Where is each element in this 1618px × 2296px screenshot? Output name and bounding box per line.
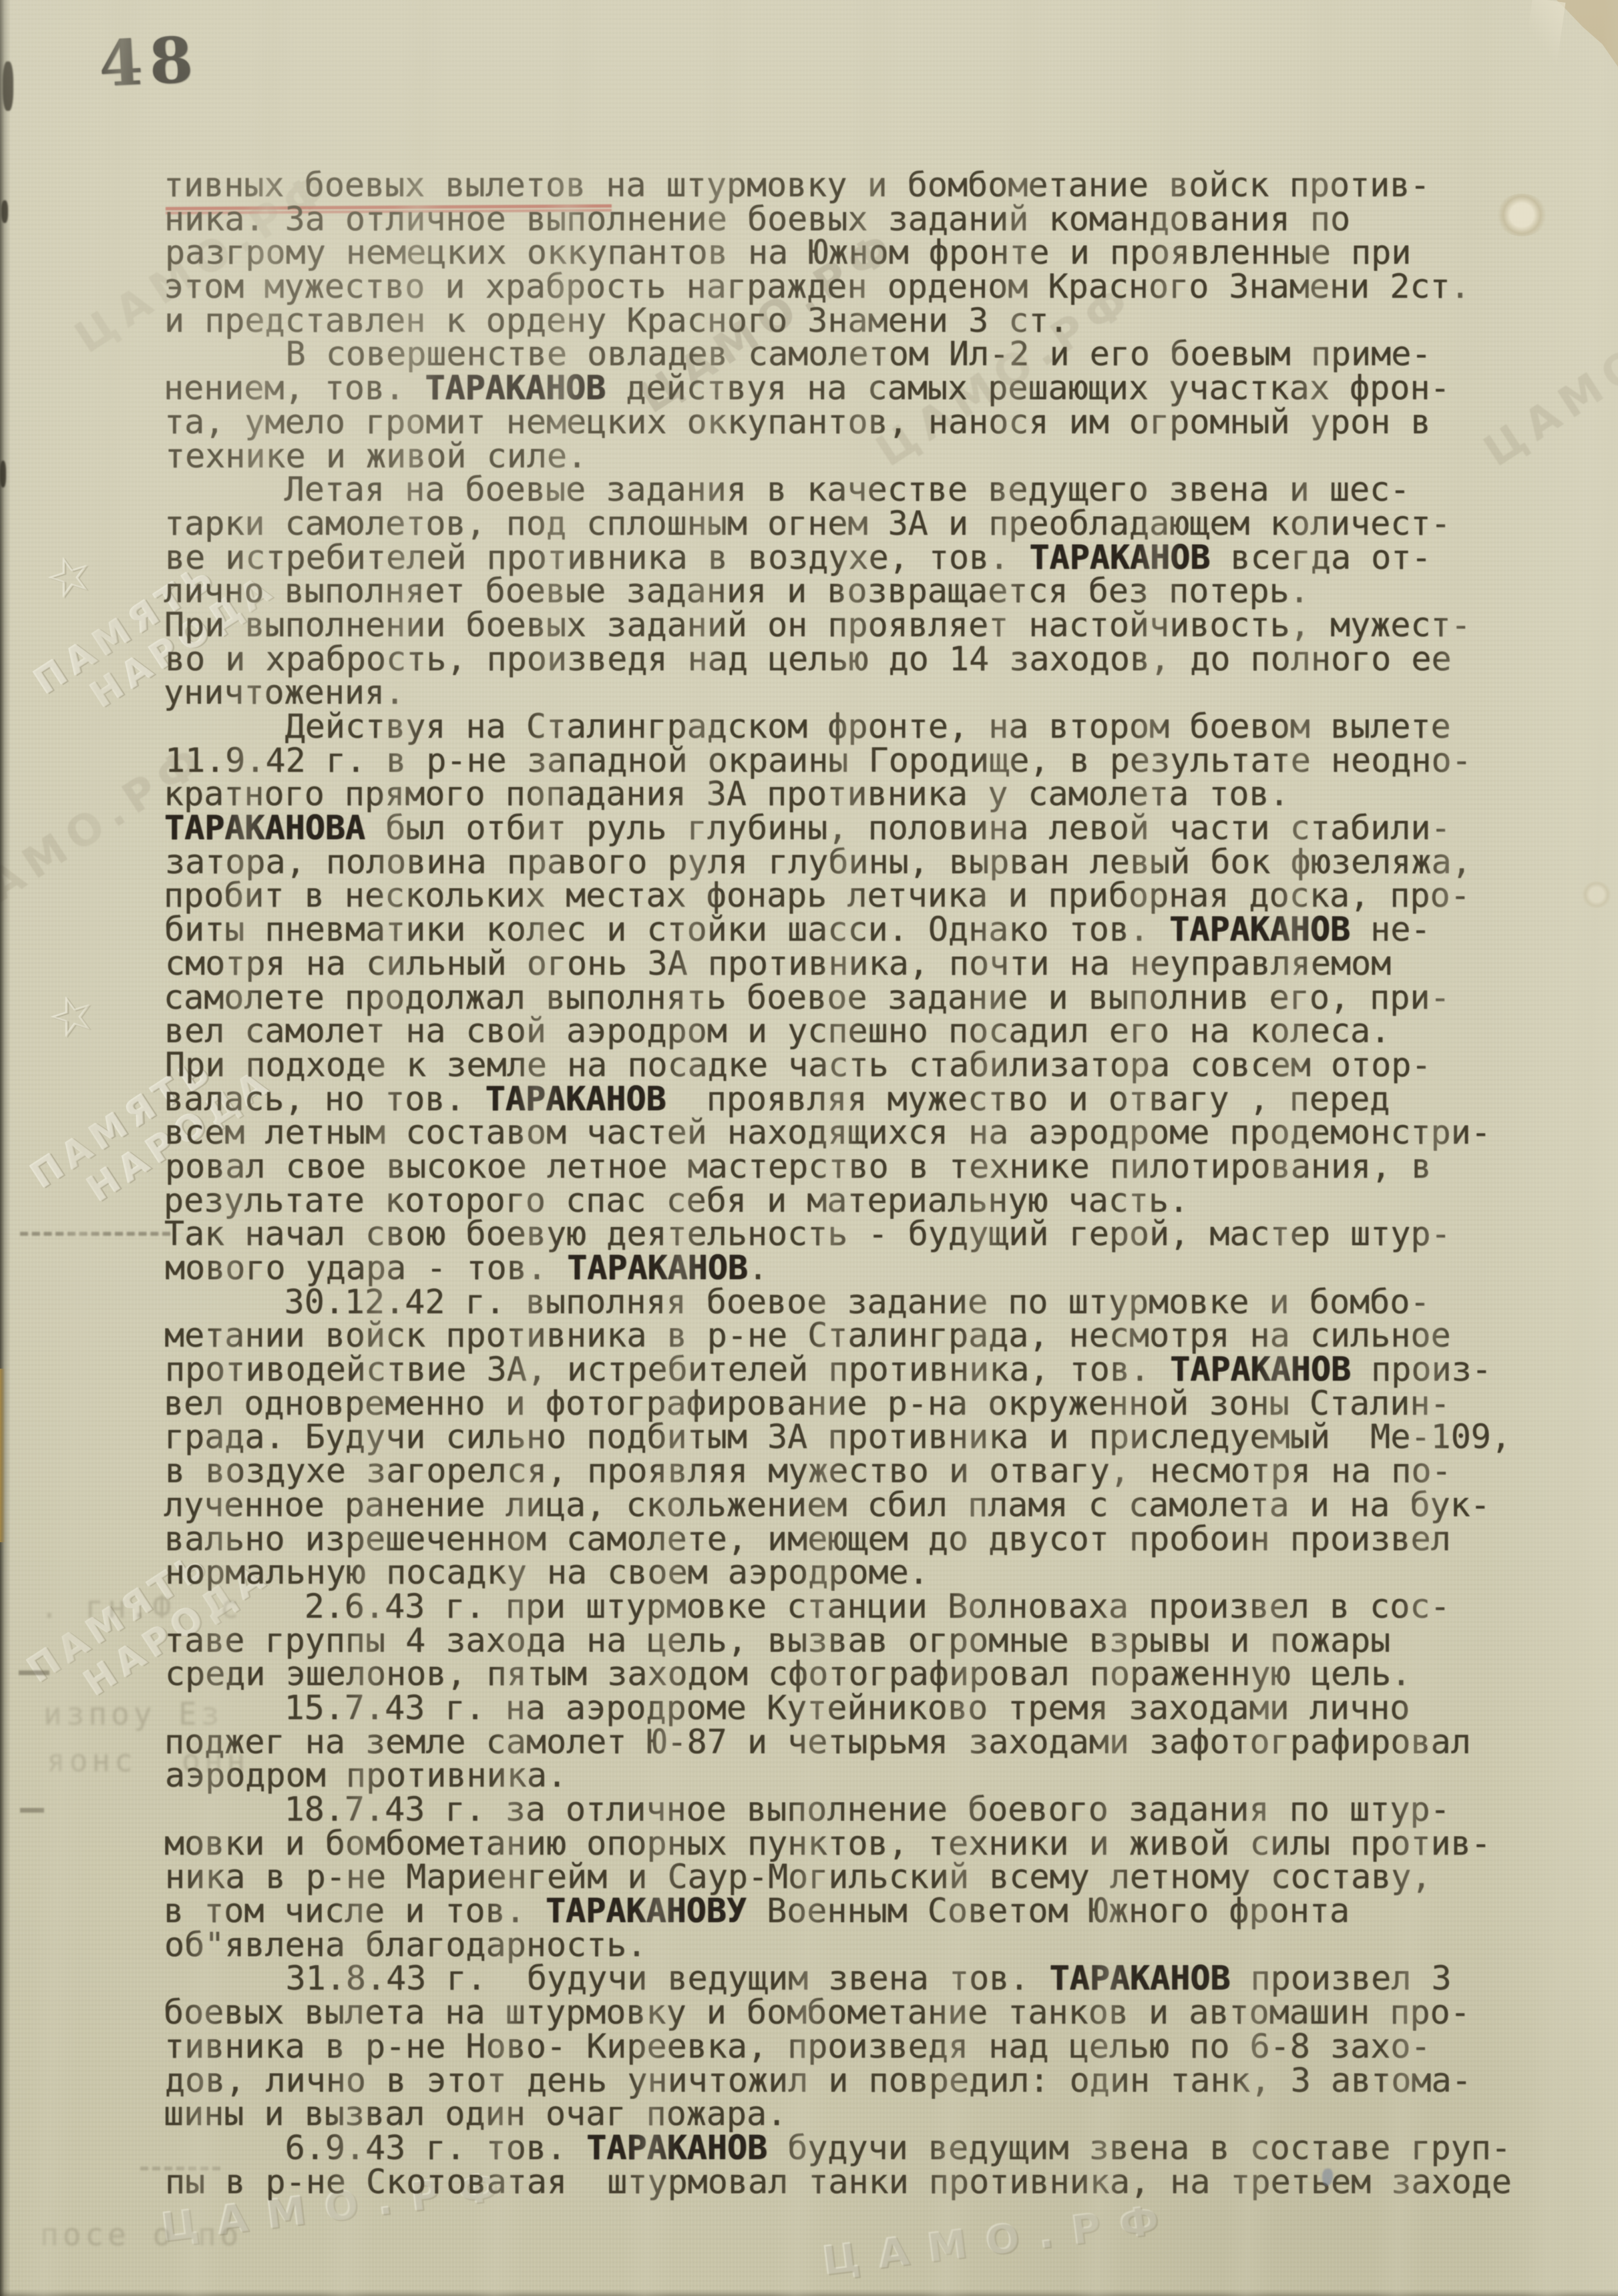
line-text: будучи ведущим звена в составе груп- bbox=[767, 2128, 1511, 2167]
line-text: результате которого спас себя и материал… bbox=[164, 1181, 1189, 1220]
line-text: 31.8.43 г. будучи ведущим звена тов. bbox=[165, 1959, 1050, 1998]
pencil-margin-mark bbox=[20, 1808, 44, 1813]
text-line: разгрому немецких оккупантов на Южном фр… bbox=[165, 236, 1557, 270]
line-text: Летая на боевые задания в качестве ведущ… bbox=[164, 470, 1410, 509]
text-line: 2.6.43 г. при штурмовке станции Волновах… bbox=[164, 1590, 1556, 1624]
line-text: среди эшелонов, пятым заходом сфотографи… bbox=[165, 1654, 1411, 1693]
text-line: вально изрешеченном самолете, имеющем до… bbox=[164, 1522, 1557, 1556]
text-line: всем летным составом частей находящихся … bbox=[164, 1116, 1557, 1150]
text-line: 18.7.43 г. за отличное выполнение боевог… bbox=[164, 1793, 1556, 1827]
typewritten-text-block: тивных боевых вылетов на штурмовку и бом… bbox=[164, 168, 1556, 2199]
edge-fleck bbox=[1, 200, 8, 223]
text-line: дов, лично в этот день уничтожил и повре… bbox=[165, 2064, 1557, 2098]
line-text: вел самолет на свой аэродром и успешно п… bbox=[164, 1011, 1390, 1050]
line-text: 18.7.43 г. за отличное выполнение боевог… bbox=[164, 1790, 1450, 1829]
text-line: среди эшелонов, пятым заходом сфотографи… bbox=[165, 1657, 1557, 1691]
torn-corner-edge bbox=[1523, 0, 1566, 75]
line-text: проявляя мужество и отвагу , перед bbox=[666, 1080, 1390, 1118]
ghost-text-fragment: посе о по bbox=[40, 2217, 242, 2253]
text-line: мового удара - тов. ТАРАКАНОВ. bbox=[165, 1251, 1557, 1285]
text-line: об"явлена благодарность. bbox=[164, 1928, 1557, 1962]
line-text: 2.6.43 г. при штурмовке станции Волновах… bbox=[164, 1587, 1450, 1626]
text-line: пробит в нескольких местах фонарь летчик… bbox=[164, 879, 1556, 913]
text-line: смотря на сильный огонь ЗА противника, п… bbox=[165, 947, 1557, 981]
line-text: дов, лично в этот день уничтожил и повре… bbox=[165, 2061, 1472, 2100]
text-line: в том числе и тов. ТАРАКАНОВУ Военным Со… bbox=[164, 1894, 1556, 1928]
line-text: во и храбрость, произведя над целью до 1… bbox=[165, 640, 1452, 678]
line-text: затора, половина правого руля глубины, в… bbox=[165, 843, 1472, 881]
text-line: 31.8.43 г. будучи ведущим звена тов. ТАР… bbox=[165, 1962, 1557, 1996]
line-text: нением, тов. bbox=[164, 369, 425, 407]
line-text: Так начал свою боевую деятельность - буд… bbox=[164, 1214, 1451, 1253]
line-text: лученное ранение лица, скольжением сбил … bbox=[164, 1485, 1490, 1524]
text-line: метании войск противника в р-не Сталингр… bbox=[164, 1319, 1557, 1353]
line-text: об"явлена благодарность. bbox=[164, 1925, 646, 1964]
text-line: этом мужество и храбрость награжден орде… bbox=[164, 270, 1556, 304]
line-text: уничтожения. bbox=[164, 673, 405, 712]
line-text: 15.7.43 г. на аэродроме Кутейниково трем… bbox=[164, 1688, 1410, 1727]
text-line: результате которого спас себя и материал… bbox=[164, 1184, 1556, 1218]
page-number: 48 bbox=[97, 23, 201, 101]
emphasized-name: ТАРАКАНОВУ bbox=[546, 1891, 747, 1930]
emphasized-name: ТАРАКАНОВ bbox=[485, 1080, 666, 1118]
line-text: метании войск противника в р-не Сталингр… bbox=[164, 1316, 1451, 1355]
text-line: таве группы 4 захода на цель, вызвав огр… bbox=[164, 1624, 1557, 1658]
line-text: мовки и бомбометанию опорных пунктов, те… bbox=[164, 1824, 1491, 1863]
text-line: шины и вызвал один очаг пожара. bbox=[164, 2097, 1556, 2131]
text-line: ровал свое высокое летное мастерство в т… bbox=[165, 1150, 1557, 1184]
text-line: технике и живой силе. bbox=[165, 439, 1557, 473]
line-text: При выполнении боевых заданий он проявля… bbox=[164, 606, 1471, 644]
line-text: ве истребителей противника в воздухе, то… bbox=[165, 538, 1029, 577]
line-text: произ- bbox=[1351, 1350, 1492, 1389]
line-text: шины и вызвал один очаг пожара. bbox=[164, 2094, 787, 2133]
text-line: 11.9.42 г. в р-не западной окраины Город… bbox=[165, 744, 1557, 778]
text-line: града. Будучи сильно подбитым ЗА противн… bbox=[164, 1420, 1557, 1454]
text-line: 6.9.43 г. тов. ТАРАКАНОВ будучи ведущим … bbox=[164, 2131, 1557, 2165]
text-line: лученное ранение лица, скольжением сбил … bbox=[164, 1488, 1556, 1522]
edge-fleck bbox=[3, 61, 13, 111]
text-line: боевых вылета на штурмовку и бомбометани… bbox=[164, 1996, 1556, 2030]
text-line: При подходе к земле на посадке часть ста… bbox=[165, 1048, 1557, 1082]
emphasized-name: ТАРАКАНОВ bbox=[586, 2128, 767, 2167]
text-line: В совершенстве овладев самолетом Ил-2 и … bbox=[165, 337, 1557, 371]
text-line: в воздухе загорелся, проявляя мужество и… bbox=[165, 1454, 1557, 1488]
emphasized-name: ТАРАКАНОВ bbox=[425, 369, 606, 407]
line-text: При подходе к земле на посадке часть ста… bbox=[165, 1046, 1431, 1084]
archive-watermark-emboss: ЦАМО.РФ bbox=[820, 2195, 1181, 2285]
scan-edge-bottom bbox=[0, 2289, 1618, 2296]
text-line: уничтожения. bbox=[164, 676, 1556, 710]
text-line: и представлен к ордену Красного Знамени … bbox=[164, 304, 1557, 338]
line-text: пы в р-не Скотоватая штурмовал танки про… bbox=[165, 2162, 1512, 2201]
line-text: 6.9.43 г. тов. bbox=[164, 2128, 586, 2167]
text-line: самолете продолжал выполнять боевое зада… bbox=[164, 981, 1556, 1015]
line-text: . bbox=[748, 1248, 768, 1287]
line-text: нормальную посадку на своем аэродроме. bbox=[165, 1553, 929, 1592]
line-text: града. Будучи сильно подбитым ЗА противн… bbox=[164, 1417, 1511, 1456]
text-line: кратного прямого попадания ЗА противника… bbox=[164, 777, 1556, 811]
text-line: 30.12.42 г. выполняя боевое задание по ш… bbox=[164, 1285, 1556, 1319]
text-line: валась, но тов. ТАРАКАНОВ проявляя мужес… bbox=[164, 1082, 1556, 1116]
line-text: валась, но тов. bbox=[164, 1080, 485, 1118]
line-text: вел одновременно и фотографирование р-на… bbox=[164, 1384, 1450, 1423]
line-text: 11.9.42 г. в р-не западной окраины Город… bbox=[165, 741, 1472, 780]
star-icon: ☆ bbox=[36, 962, 106, 1058]
line-text: ника. За отличное выполнение боевых зада… bbox=[164, 200, 1350, 238]
line-text: тивных боевых вылетов на штурмовку и бом… bbox=[164, 166, 1430, 204]
scan-edge-left bbox=[0, 0, 11, 2296]
line-text: в том числе и тов. bbox=[164, 1891, 546, 1930]
line-text: кратного прямого попадания ЗА противника… bbox=[164, 774, 1289, 813]
line-text: в воздухе загорелся, проявляя мужество и… bbox=[165, 1451, 1452, 1490]
line-text: Военным Советом Южного фронта bbox=[747, 1891, 1350, 1930]
pencil-margin-mark bbox=[19, 1670, 49, 1675]
line-text: противодействие ЗА, истребителей противн… bbox=[165, 1350, 1170, 1389]
text-line: биты пневматики колес и стойки шасси. Од… bbox=[164, 913, 1557, 947]
line-text: ровал свое высокое летное мастерство в т… bbox=[165, 1147, 1431, 1186]
text-line: нормальную посадку на своем аэродроме. bbox=[165, 1556, 1557, 1590]
line-text: произвел 3 bbox=[1230, 1959, 1451, 1998]
line-text: действуя на самых решающих участках фрон… bbox=[606, 369, 1450, 407]
emphasized-name: ТАРАКАНОВ bbox=[1029, 538, 1210, 577]
text-line: тивника в р-не Ново- Киреевка, произведя… bbox=[164, 2030, 1557, 2064]
text-line: 15.7.43 г. на аэродроме Кутейниково трем… bbox=[164, 1691, 1556, 1725]
line-text: та, умело громит немецких оккупантов, на… bbox=[164, 403, 1430, 441]
text-line: поджег на земле самолет Ю-87 и четырьмя … bbox=[164, 1725, 1557, 1759]
line-text: вально изрешеченном самолете, имеющем до… bbox=[164, 1520, 1451, 1558]
line-text: и представлен к ордену Красного Знамени … bbox=[164, 301, 1069, 340]
line-text: смотря на сильный огонь ЗА противника, п… bbox=[165, 944, 1391, 983]
text-line: вел одновременно и фотографирование р-на… bbox=[164, 1387, 1556, 1421]
emphasized-name: ТАРАКАНОВ bbox=[567, 1248, 748, 1287]
text-line: тивных боевых вылетов на штурмовку и бом… bbox=[164, 168, 1556, 202]
line-text: всем летным составом частей находящихся … bbox=[164, 1113, 1491, 1152]
text-line: мовки и бомбометанию опорных пунктов, те… bbox=[164, 1827, 1557, 1861]
line-text: поджег на земле самолет Ю-87 и четырьмя … bbox=[164, 1723, 1471, 1761]
text-line: ТАРАКАНОВА был отбит руль глубины, полов… bbox=[164, 811, 1557, 845]
line-text: тивника в р-не Ново- Киреевка, произведя… bbox=[164, 2027, 1430, 2066]
edge-fleck bbox=[0, 461, 6, 487]
line-text: биты пневматики колес и стойки шасси. Од… bbox=[164, 910, 1169, 949]
line-text: не- bbox=[1350, 910, 1430, 949]
scan-edge-notch bbox=[0, 1369, 5, 1542]
emphasized-name: ТАРАКАНОВА bbox=[164, 809, 365, 847]
paper-stain bbox=[1581, 881, 1612, 908]
line-text: ника в р-не Мариенгейм и Саур-Могильский… bbox=[165, 1857, 1431, 1896]
text-line: тарки самолетов, под сплошным огнем ЗА и… bbox=[164, 507, 1557, 541]
line-text: технике и живой силе. bbox=[165, 437, 587, 475]
emphasized-name: ТАРАКАНОВ bbox=[1050, 1959, 1231, 1998]
line-text: таве группы 4 захода на цель, вызвав огр… bbox=[164, 1621, 1390, 1660]
line-text: мового удара - тов. bbox=[165, 1248, 567, 1287]
star-icon: ☆ bbox=[33, 523, 103, 619]
line-text: тарки самолетов, под сплошным огнем ЗА и… bbox=[164, 504, 1451, 543]
text-line: затора, половина правого руля глубины, в… bbox=[165, 845, 1557, 879]
line-text: этом мужество и храбрость награжден орде… bbox=[164, 267, 1470, 306]
text-line: ве истребителей противника в воздухе, то… bbox=[165, 541, 1557, 575]
text-line: ника. За отличное выполнение боевых зада… bbox=[164, 202, 1557, 236]
line-text: пробит в нескольких местах фонарь летчик… bbox=[164, 876, 1470, 915]
text-line: противодействие ЗА, истребителей противн… bbox=[165, 1353, 1557, 1387]
text-line: Действуя на Сталинградском фронте, на вт… bbox=[164, 710, 1557, 744]
emphasized-name: ТАРАКАНОВ bbox=[1169, 910, 1350, 949]
line-text: Действуя на Сталинградском фронте, на вт… bbox=[164, 707, 1451, 746]
line-text: боевых вылета на штурмовку и бомбометани… bbox=[164, 1993, 1470, 2032]
line-text: был отбит руль глубины, половина левой ч… bbox=[365, 809, 1451, 847]
text-line: та, умело громит немецких оккупантов, на… bbox=[164, 405, 1557, 439]
line-text: лично выполняет боевые задания и возвращ… bbox=[164, 571, 1309, 610]
line-text: разгрому немецких оккупантов на Южном фр… bbox=[165, 233, 1411, 272]
line-text: 30.12.42 г. выполняя боевое задание по ш… bbox=[164, 1283, 1430, 1321]
line-text: самолете продолжал выполнять боевое зада… bbox=[164, 978, 1450, 1017]
line-text: всегда от- bbox=[1210, 538, 1431, 577]
text-line: ника в р-не Мариенгейм и Саур-Могильский… bbox=[165, 1860, 1557, 1894]
scanned-document-page: ЦАМО.РФ ЦАМО.РФ ЦАМО.РФ ЦАМО.РФ ЦАМО.РФ … bbox=[0, 0, 1618, 2296]
text-line: во и храбрость, произведя над целью до 1… bbox=[165, 642, 1557, 676]
line-text: В совершенстве овладев самолетом Ил-2 и … bbox=[165, 334, 1431, 373]
text-line: лично выполняет боевые задания и возвращ… bbox=[164, 574, 1556, 608]
line-text: аэродром противника. bbox=[165, 1756, 567, 1795]
pencil-margin-mark bbox=[20, 1232, 170, 1236]
text-line: вел самолет на свой аэродром и успешно п… bbox=[164, 1014, 1557, 1048]
emphasized-name: ТАРАКАНОВ bbox=[1170, 1350, 1351, 1389]
text-line: пы в р-не Скотоватая штурмовал танки про… bbox=[165, 2165, 1557, 2199]
text-line: Так начал свою боевую деятельность - буд… bbox=[164, 1217, 1557, 1251]
text-line: нением, тов. ТАРАКАНОВ действуя на самых… bbox=[164, 371, 1556, 405]
text-line: При выполнении боевых заданий он проявля… bbox=[164, 608, 1557, 642]
text-line: Летая на боевые задания в качестве ведущ… bbox=[164, 473, 1556, 507]
text-line: аэродром противника. bbox=[165, 1759, 1557, 1793]
